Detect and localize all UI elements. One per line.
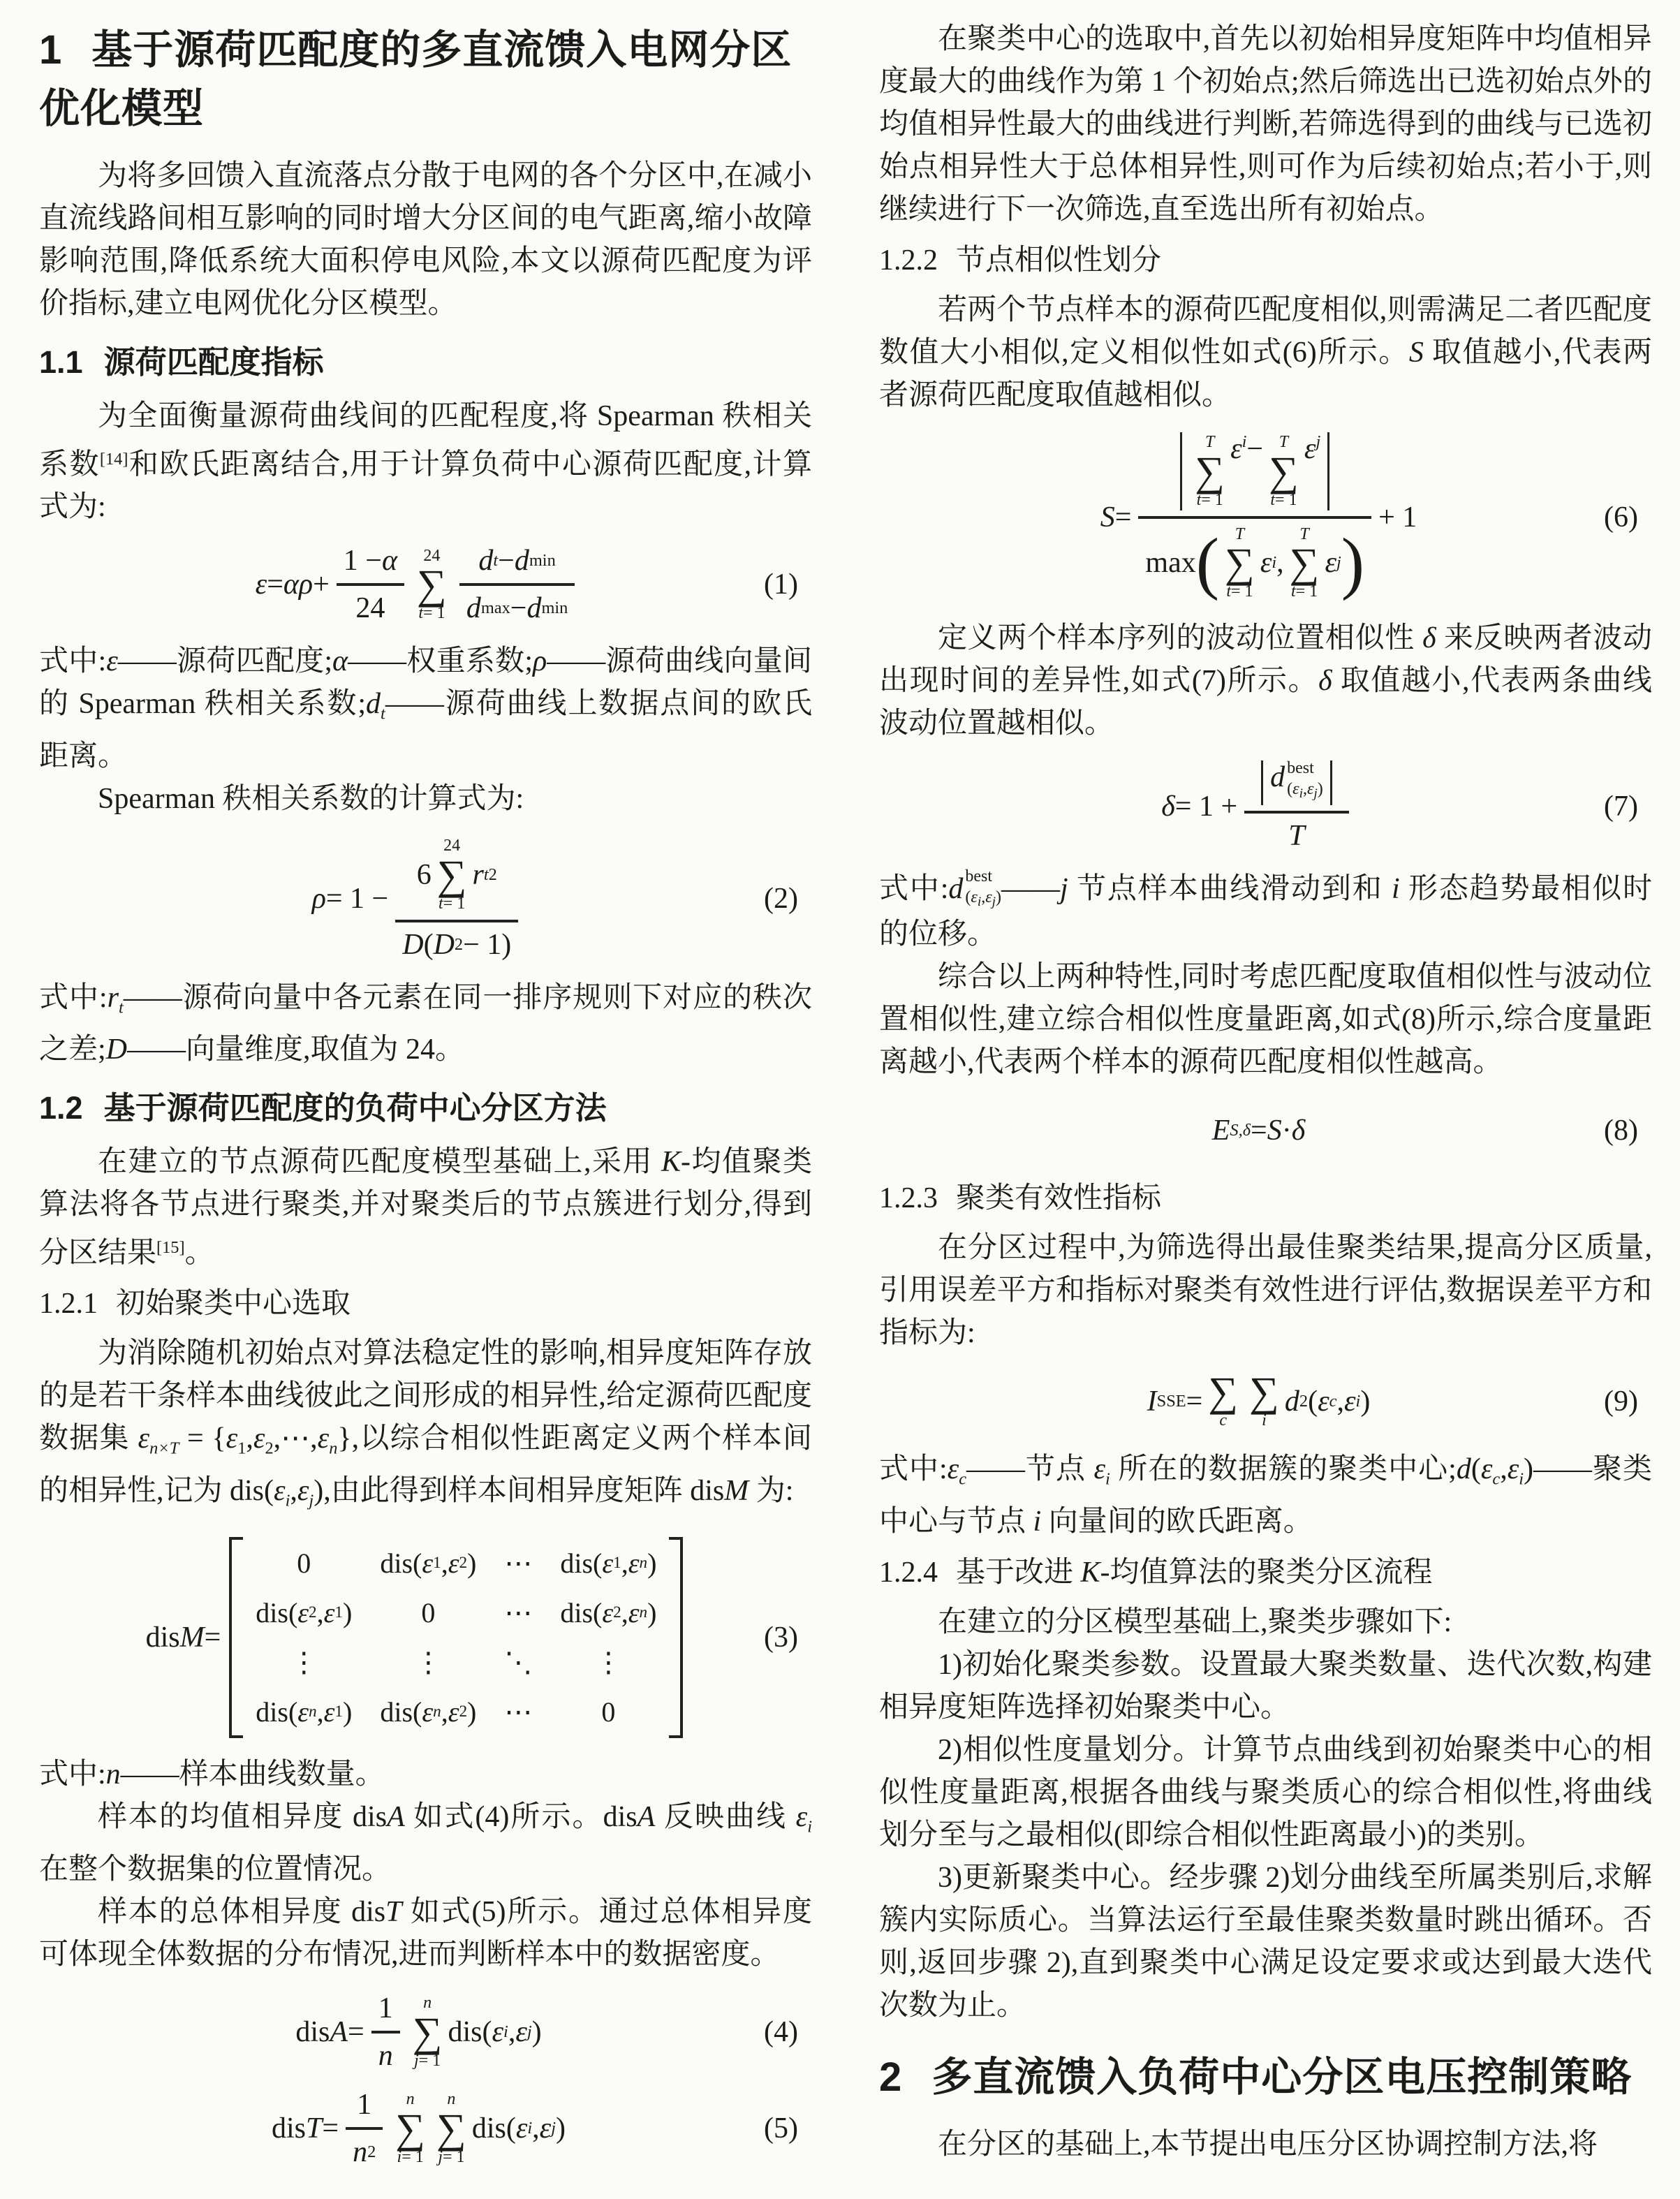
section-1-2-2-number: 1.2.2 (879, 244, 938, 277)
math-text: δ (1161, 790, 1175, 823)
math-text: ε (297, 1475, 309, 1507)
matrix-cell: dis(εn,ε1) (256, 1696, 352, 1728)
math-text: best (965, 867, 992, 885)
formula-5-tag: (5) (764, 2112, 798, 2145)
math-text: r (472, 858, 483, 892)
math-text: 在整个数据集的位置情况。 (39, 1853, 391, 1885)
math-fraction: dt − dmindmax − dmin (459, 544, 575, 625)
math-text: E (1212, 1114, 1230, 1147)
math-text: d (1285, 1385, 1299, 1418)
math-text: c (1219, 1411, 1227, 1431)
math-text: ( (424, 928, 434, 962)
math-text: ε (1307, 780, 1313, 798)
sum-operator: T∑t = 1 (1225, 524, 1255, 603)
math-text: = 1 (1201, 490, 1223, 510)
math-text: ) (532, 2015, 542, 2049)
math-text: —— (1001, 873, 1060, 905)
math-text: − (510, 591, 527, 625)
math-text: T (385, 1896, 401, 1928)
math-text: max (481, 598, 510, 618)
math-text: = 1 (401, 2147, 424, 2168)
math-abs: dbest(εi,εj) (1254, 760, 1339, 805)
intro-paragraph: 为将多回馈入直流落点分散于电网的各个分区中,在减小直流线路间相互影响的同时增大分… (39, 155, 812, 325)
paragraph-init-centers: 为消除随机初始点对算法稳定性的影响,相异度矩阵存放的是若干条样本曲线彼此之间形成… (39, 1332, 812, 1522)
math-text: 式中: (879, 1453, 948, 1485)
math-text: [15] (156, 1238, 185, 1257)
formula-4-body: disA = 1nn∑j = 1dis(εi,εj) (295, 1992, 541, 2073)
math-text: ⋯ (504, 1547, 532, 1580)
math-text: i (807, 1818, 812, 1837)
sigma-glyph: ∑ (417, 566, 447, 603)
math-text: − 1) (463, 928, 511, 962)
section-1-2-1-title: 初始聚类中心选取 (116, 1288, 351, 1320)
formula-5-body: disT = 1n2n∑i = 1n∑j = 1dis(εi,εj) (272, 2088, 566, 2169)
math-text: , (317, 1596, 324, 1629)
math-text: = 1 + (1175, 790, 1237, 823)
sum-operator: T∑t = 1 (1269, 432, 1299, 510)
math-fraction: T∑t = 1εi − T∑t = 1εjmax(T∑t = 1εi,T∑t =… (1138, 432, 1371, 602)
math-fraction: 1n (371, 1992, 400, 2073)
formula-4: disA = 1nn∑j = 1dis(εi,εj) (4) (39, 1992, 798, 2073)
formula-2-body: ρ = 1 − 624∑t = 1rt2D(D2 − 1) (312, 836, 526, 962)
math-text: = (205, 1621, 221, 1654)
formula-5: disT = 1n2n∑i = 1n∑j = 1dis(εi,εj) (5) (39, 2088, 798, 2169)
math-text: dis( (560, 1547, 602, 1580)
math-text: 向量间的欧氏距离。 (1041, 1506, 1313, 1538)
paragraph-delta: 定义两个样本序列的波动位置相似性 δ 来反映两者波动出现时间的差异性,如式(7)… (879, 617, 1652, 745)
formula-1-tag: (1) (764, 568, 798, 601)
math-text: ε (540, 2112, 552, 2145)
math-text: ——样本曲线数量。 (121, 1758, 385, 1790)
sum-operator: T∑t = 1 (1290, 524, 1320, 603)
math-text: dis( (560, 1596, 602, 1629)
math-text: = 1 (1275, 490, 1297, 510)
math-text: i (1242, 432, 1247, 510)
math-text: T (306, 2112, 322, 2145)
math-text: T (1288, 819, 1304, 853)
math-text: 1 (613, 1554, 621, 1573)
sum-operator: 24∑t = 1 (417, 546, 447, 624)
formula-9-body: ISSE = ∑c∑id2(εc,εi) (1147, 1373, 1371, 1431)
math-text: -均值算法的聚类分区流程 (1100, 1557, 1433, 1589)
math-text: n×T (149, 1439, 179, 1458)
math-text: n (106, 1758, 121, 1790)
paragraph-kmeans: 在建立的节点源荷匹配度模型基础上,采用 K-均值聚类算法将各节点进行聚类,并对聚… (39, 1141, 812, 1274)
paragraph-spearman: Spearman 秩相关系数的计算式为: (39, 778, 812, 821)
math-text: 在建立的节点源荷匹配度模型基础上,采用 (98, 1146, 661, 1178)
math-text: ε (256, 568, 267, 601)
formula-2-tag: (2) (764, 882, 798, 915)
math-text: dis (146, 1621, 180, 1654)
math-text: ρ (533, 645, 547, 677)
math-text: S,δ (1230, 1121, 1251, 1140)
math-text: , (621, 1596, 628, 1629)
math-text: ε (422, 1696, 433, 1728)
math-text: d (366, 688, 381, 720)
math-text: ε (448, 1547, 459, 1580)
formula-7-tag: (7) (1604, 790, 1638, 823)
math-text: ( (965, 888, 971, 906)
math-text: i (1356, 1392, 1361, 1411)
math-text: ) (467, 1696, 476, 1728)
math-text: t (1270, 490, 1275, 510)
section-1-2-1-number: 1.2.1 (39, 1288, 98, 1320)
math-text: ε (138, 1422, 150, 1455)
math-text: dis( (448, 2015, 492, 2049)
section-1-2-2-title: 节点相似性划分 (956, 244, 1161, 277)
math-text: = 1 (1231, 582, 1253, 602)
matrix-cell: dis(ε1,ε2) (380, 1547, 476, 1580)
formula-2-note: 式中:rt——源荷向量中各元素在同一排序规则下对应的秩次之差;D——向量维度,取… (39, 977, 812, 1072)
math-text: ε (318, 1422, 330, 1455)
math-text: ⋮ (290, 1646, 318, 1679)
math-abs: T∑t = 1εi − T∑t = 1εj (1173, 432, 1336, 510)
math-text: dis( (472, 2112, 516, 2145)
math-text: ε (796, 1801, 808, 1833)
math-text: , (246, 1422, 253, 1455)
sigma-glyph: ∑ (395, 2110, 425, 2147)
math-text: 2 (309, 1603, 317, 1622)
math-text: + 1 (1378, 501, 1417, 534)
math-text: i (1105, 1470, 1110, 1489)
sigma-glyph: ∑ (1249, 1373, 1279, 1411)
matrix-cell: dis(ε1,εn) (560, 1547, 656, 1580)
math-text: t (1197, 490, 1202, 510)
math-text: D (434, 928, 455, 962)
math-text: ε (1344, 1385, 1356, 1418)
math-text: j (1336, 553, 1341, 573)
sum-operator: n∑i = 1 (395, 2089, 425, 2168)
math-text: ε (628, 1596, 640, 1629)
math-text: j (551, 2119, 556, 2138)
math-text: dis (272, 2112, 306, 2145)
math-text: r (108, 982, 119, 1014)
math-text: 0 (297, 1547, 311, 1580)
formula-7-note: 式中:dbest(εi,εj)——j 节点样本曲线滑动到和 i 形态趋势最相似时… (879, 868, 1652, 956)
formula-6: S = T∑t = 1εi − T∑t = 1εjmax(T∑t = 1εi,T… (879, 432, 1638, 602)
math-text: i (1272, 553, 1276, 573)
math-text: M (724, 1475, 749, 1507)
formula-3-tag: (3) (764, 1621, 798, 1654)
math-text: ε (985, 888, 992, 906)
math-text: 1 (357, 2088, 371, 2121)
math-text: min (541, 598, 568, 618)
section-2-title: 多直流馈入负荷中心分区电压控制策略 (931, 2054, 1632, 2100)
math-text: i (1519, 1470, 1524, 1489)
formula-8: ES,δ = S·δ (8) (879, 1099, 1638, 1162)
math-text: K (661, 1146, 681, 1178)
math-text: t (119, 998, 124, 1017)
math-text: c (959, 1470, 966, 1489)
math-text: ε (1508, 1453, 1519, 1485)
paragraph-disA: 样本的均值相异度 disA 如式(4)所示。disA 反映曲线 εi 在整个数据… (39, 1796, 812, 1891)
math-text: ⋯ (504, 1596, 532, 1629)
math-text: 2 (367, 2142, 376, 2162)
sigma-glyph: ∑ (436, 2110, 466, 2147)
math-text: n (378, 2039, 393, 2073)
math-text: d (1270, 760, 1285, 805)
math-text: − (1246, 432, 1263, 510)
section-1-2-number: 1.2 (39, 1090, 83, 1126)
math-text: t (381, 705, 385, 723)
sum-operator: n∑j = 1 (436, 2089, 466, 2168)
math-text: 为: (749, 1475, 793, 1507)
math-text: j (1316, 432, 1320, 510)
matrix-cell: 0 (297, 1547, 311, 1580)
matrix-bracket-left (229, 1537, 243, 1738)
sum-operator: n∑j = 1 (413, 1993, 443, 2071)
math-text: 1 − (344, 544, 382, 578)
math-text: α (382, 544, 397, 578)
math-text: D (402, 928, 423, 962)
section-1-2-3-title: 聚类有效性指标 (956, 1182, 1161, 1214)
sigma-glyph: ∑ (1290, 544, 1320, 582)
section-1-2-4-title: 基于改进 K-均值算法的聚类分区流程 (956, 1557, 1433, 1589)
math-text: SSE (1157, 1392, 1186, 1411)
math-text: ——权重系数; (348, 645, 533, 677)
formula-8-body: ES,δ = S·δ (1212, 1114, 1305, 1147)
math-text: 2 (459, 1702, 467, 1721)
section-1-2-title: 基于源荷匹配度的负荷中心分区方法 (104, 1090, 607, 1126)
matrix-cell: ⋮ (290, 1646, 318, 1679)
math-text: ε (1260, 546, 1272, 580)
math-text: ε (602, 1596, 613, 1629)
math-text: 2 (1299, 1392, 1308, 1411)
sum-operator: ∑i (1249, 1373, 1279, 1431)
math-text: 和欧氏距离结合,用于计算负荷中心源荷匹配度,计算式为: (39, 448, 812, 523)
matrix-cell: ⋮ (594, 1646, 622, 1679)
math-text: ε (448, 1696, 459, 1728)
math-text: j (527, 2022, 532, 2042)
matrix-cell: 0 (601, 1696, 615, 1728)
math-text: 0 (601, 1696, 615, 1728)
matrix-cell: ⋱ (504, 1646, 532, 1679)
math-text: t (439, 894, 443, 914)
math-text: 样本的均值相异度 dis (98, 1801, 387, 1833)
formula-3-body: disM = 0dis(ε1,ε2)⋯dis(ε1,εn)dis(ε2,ε1)0… (146, 1537, 692, 1738)
math-fraction: 624∑t = 1rt2D(D2 − 1) (395, 836, 518, 962)
math-text: ) (647, 1596, 656, 1629)
math-text: K (1081, 1557, 1100, 1589)
math-text: ρ (312, 882, 326, 915)
math-text: 。 (185, 1237, 214, 1269)
formula-6-tag: (6) (1604, 501, 1638, 534)
math-text: A (330, 2015, 348, 2049)
math-text: 1 (433, 1554, 441, 1573)
math-supsub-stack: best(εi,εj) (965, 866, 1001, 911)
sum-operator: 24∑t = 1 (437, 836, 467, 914)
math-text: min (529, 551, 556, 571)
math-text: ε (1230, 432, 1242, 510)
math-text: , (621, 1547, 628, 1580)
math-text: S (1267, 1114, 1282, 1147)
section-2-number: 2 (879, 2054, 902, 2100)
math-text: ε (1304, 432, 1316, 510)
math-text: ε (1318, 1385, 1329, 1418)
paragraph-step-3: 3)更新聚类中心。经步骤 2)划分曲线至所属类别后,求解簇内实际质心。当算法运行… (879, 1857, 1652, 2027)
math-text: 0 (421, 1596, 435, 1629)
math-text: , (1276, 546, 1284, 580)
math-text: n (640, 1603, 648, 1622)
math-text: , (441, 1696, 448, 1728)
math-text: , (532, 2112, 540, 2145)
math-text: d (948, 873, 963, 905)
math-text: 2 (459, 1554, 467, 1573)
math-text: t (493, 551, 498, 571)
math-text: ε (422, 1547, 433, 1580)
math-text: 基于改进 (956, 1557, 1081, 1589)
formula-7: δ = 1 + dbest(εi,εj)T (7) (879, 760, 1638, 853)
math-text: αρ (283, 568, 313, 601)
section-1-heading: 1基于源荷匹配度的多直流馈入电网分区优化模型 (39, 21, 812, 138)
math-text: ⋮ (594, 1646, 622, 1679)
sigma-glyph: ∑ (1269, 453, 1299, 490)
math-text: ε (1481, 1453, 1493, 1485)
math-text: A (387, 1801, 405, 1833)
section-1-2-4-heading: 1.2.4基于改进 K-均值算法的聚类分区流程 (879, 1552, 1652, 1594)
math-text: ( (1471, 1453, 1481, 1485)
matrix-cell: dis(εn,ε2) (380, 1696, 476, 1728)
formula-1-body: ε = αρ + 1 − α2424∑t = 1dt − dmindmax − … (256, 544, 582, 625)
math-text: δ (1318, 665, 1332, 697)
math-text: dis (295, 2015, 330, 2049)
section-1-title: 基于源荷匹配度的多直流馈入电网分区优化模型 (39, 27, 792, 131)
paragraph-center-selection: 在聚类中心的选取中,首先以初始相异度矩阵中均值相异度最大的曲线作为第 1 个初始… (879, 18, 1652, 231)
math-text: = (1186, 1385, 1203, 1418)
math-text: ——源荷匹配度; (118, 645, 332, 677)
math-text: ) (343, 1696, 352, 1728)
math-text: , (1336, 1385, 1344, 1418)
math-text: d (466, 591, 481, 625)
math-text: dis( (256, 1696, 297, 1728)
section-1-number: 1 (39, 27, 62, 73)
math-text: , (1500, 1453, 1508, 1485)
math-text: = (1251, 1114, 1267, 1147)
formula-3: disM = 0dis(ε1,ε2)⋯dis(ε1,εn)dis(ε2,ε1)0… (39, 1537, 798, 1738)
math-text: n (433, 1702, 441, 1721)
math-text: + (313, 568, 330, 601)
paragraph-disT: 样本的总体相异度 disT 如式(5)所示。通过总体相异度可体现全体数据的分布情… (39, 1891, 812, 1976)
math-text: 样本的总体相异度 dis (98, 1896, 385, 1928)
math-text: D (106, 1034, 127, 1066)
math-text: ,⋯, (274, 1422, 318, 1455)
sigma-glyph: ∑ (413, 2013, 443, 2051)
math-text: ε (324, 1596, 335, 1629)
math-text: = (267, 568, 283, 601)
math-text: dis( (380, 1547, 422, 1580)
sigma-glyph: ∑ (1195, 453, 1225, 490)
math-text: 式中: (39, 1758, 106, 1790)
sigma-glyph: ∑ (437, 856, 467, 894)
paragraph-match-degree: 为全面衡量源荷曲线间的匹配程度,将 Spearman 秩相关系数[14]和欧氏距… (39, 395, 812, 529)
sigma-glyph: ∑ (1208, 1373, 1238, 1411)
formula-7-body: δ = 1 + dbest(εi,εj)T (1161, 760, 1356, 853)
math-text: = (1115, 501, 1132, 534)
math-text: ) (467, 1547, 476, 1580)
math-text: ε (516, 2112, 528, 2145)
math-text: ——节点 (966, 1453, 1093, 1485)
matrix: 0dis(ε1,ε2)⋯dis(ε1,εn)dis(ε2,ε1)0⋯dis(ε2… (229, 1537, 683, 1738)
formula-4-tag: (4) (764, 2015, 798, 2049)
formula-8-tag: (8) (1604, 1114, 1638, 1147)
math-text: ε (226, 1422, 238, 1455)
section-1-2-2-heading: 1.2.2节点相似性划分 (879, 240, 1652, 282)
section-1-2-3-number: 1.2.3 (879, 1182, 938, 1214)
math-text: ) (647, 1547, 656, 1580)
math-text: ε (1325, 546, 1336, 580)
formula-1-note: 式中:ε——源荷匹配度;α——权重系数;ρ——源荷曲线向量间的 Spearman… (39, 640, 812, 778)
matrix-cell: dis(ε2,εn) (560, 1596, 656, 1629)
math-text: 1 (237, 1439, 246, 1458)
math-text: ) (1318, 780, 1323, 798)
math-text: [14] (100, 450, 128, 469)
math-text: 2 (455, 935, 463, 955)
formula-9-note: 式中:εc——节点 εi 所在的数据簇的聚类中心;d(εc,εi)——聚类中心与… (879, 1448, 1652, 1543)
math-text: dis( (256, 1596, 297, 1629)
math-text: d (478, 544, 493, 578)
math-text: , (290, 1475, 297, 1507)
math-text: ε (297, 1696, 309, 1728)
math-text: = (322, 2112, 339, 2145)
math-text: = 1 (1296, 582, 1318, 602)
math-text: I (1147, 1385, 1157, 1418)
math-text: 式中: (879, 873, 948, 905)
math-text: = 1 (423, 603, 445, 624)
matrix-cell: ⋯ (504, 1547, 532, 1580)
math-text: 1 (334, 1702, 343, 1721)
math-supsub-stack: best(εi,εj) (1287, 758, 1323, 802)
math-text: , (441, 1547, 448, 1580)
matrix-cell: ⋯ (504, 1596, 532, 1629)
math-text: = { (179, 1422, 226, 1455)
math-text: 1 (334, 1603, 343, 1622)
math-text: ε (492, 2015, 503, 2049)
math-text: , (317, 1696, 324, 1728)
math-text: ε (253, 1422, 265, 1455)
math-text: 1 (378, 1992, 393, 2025)
math-text: ⋱ (504, 1646, 532, 1679)
math-text: j (414, 2051, 419, 2071)
math-text: n (309, 1702, 317, 1721)
math-text: ( (1287, 780, 1292, 798)
math-text: 节点样本曲线滑动到和 (1068, 873, 1392, 905)
math-text: d (1457, 1453, 1471, 1485)
math-text: j (438, 2147, 443, 2168)
paragraph-sse: 在分区过程中,为筛选得出最佳聚类结果,提高分区质量,引用误差平方和指标对聚类有效… (879, 1227, 1652, 1355)
math-text: ε (602, 1547, 613, 1580)
math-text: best (1287, 759, 1314, 777)
math-text: max (1145, 546, 1195, 580)
formula-2: ρ = 1 − 624∑t = 1rt2D(D2 − 1) (2) (39, 836, 798, 962)
math-text: A (638, 1801, 656, 1833)
math-text: ε (324, 1696, 335, 1728)
math-text: ε (1093, 1453, 1105, 1485)
math-text: = 1 − (326, 882, 388, 915)
matrix-cell: dis(ε2,ε1) (256, 1596, 352, 1629)
math-text: n (329, 1439, 337, 1458)
math-text: i (527, 2119, 532, 2138)
math-text: = (348, 2015, 364, 2049)
math-fraction: 1n2 (346, 2088, 383, 2169)
right-column: 在聚类中心的选取中,首先以初始相异度矩阵中均值相异度最大的曲线作为第 1 个初始… (879, 18, 1652, 2199)
math-text: t (1226, 582, 1231, 602)
math-text: t (418, 603, 423, 624)
math-text: α (332, 645, 348, 677)
math-text: ) (996, 888, 1001, 906)
formula-3-note: 式中:n——样本曲线数量。 (39, 1753, 812, 1796)
math-text: ),由此得到样本间相异度矩阵 dis (314, 1475, 724, 1507)
matrix-grid: 0dis(ε1,ε2)⋯dis(ε1,εn)dis(ε2,ε1)0⋯dis(ε2… (253, 1537, 659, 1738)
